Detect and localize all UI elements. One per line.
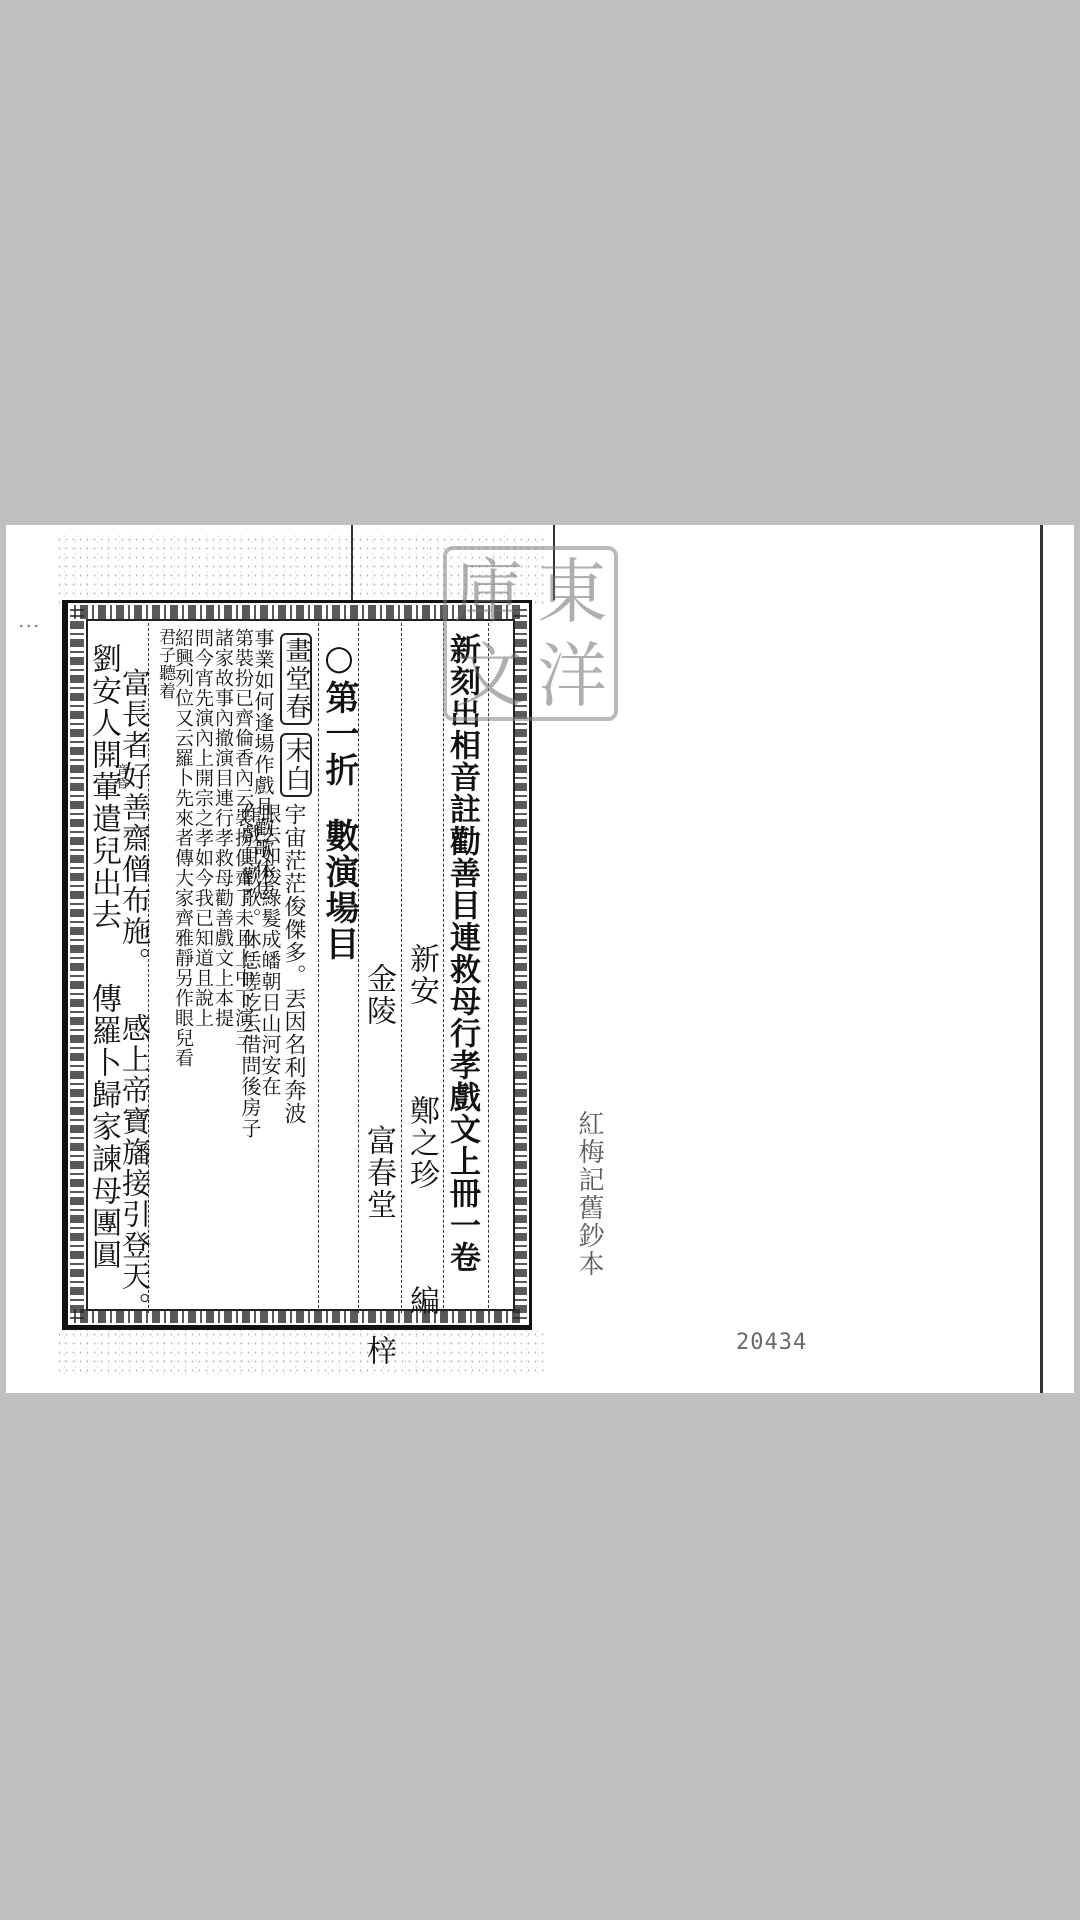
library-seal: 庫 東 文 洋 [443, 546, 618, 721]
verse-line-2: 感上帝寶旛接引登天。 [120, 1013, 149, 1323]
publisher-place: 金陵 [361, 963, 396, 1027]
text-column-4: 事業如何逢場作戲且歡歌休恁 [253, 628, 273, 901]
verse-line-1: 富長者好善齋僧布施。 [120, 668, 149, 978]
column-rule [488, 623, 489, 1313]
seal-char: 文 [447, 634, 531, 718]
scanned-page: ⋮ 新刻出相音註勸善目連救母行孝戲文上冊一卷 新安 鄭之珍 編 金陵 富春堂 [6, 525, 1074, 1393]
text-column-1: 宇宙茫茫俊傑多。丟因名利奔波 [282, 803, 304, 1125]
verse-line-3: 劉安人開葷遣兒出去 [88, 643, 118, 931]
scene-heading: ○第一折 [322, 638, 356, 788]
author-place: 新安 [404, 943, 439, 1007]
text-column-5: 第裝扮已齊倫香內云裝扮俱齊了未且上中下演三 [233, 628, 252, 1048]
seal-char: 洋 [531, 634, 615, 718]
text-column-9: 君子聽着 [156, 628, 173, 700]
seal-char: 東 [531, 550, 615, 634]
text-column-7: 問今宵先演內上開宗之孝如今我已知道且說上 [193, 628, 212, 1028]
author-name: 鄭之珍 [404, 1095, 439, 1191]
interlinear-note: 音昏 [116, 763, 128, 791]
left-edge-bleed: ⋮ [16, 615, 41, 637]
border-meander-left [70, 609, 84, 1319]
publisher-name: 富春堂 [361, 1125, 396, 1221]
seal-char: 庫 [447, 550, 531, 634]
author-role: 編 [404, 1285, 439, 1317]
role-label: 末白 [280, 733, 312, 797]
scene-subtitle: 數演場目 [322, 818, 356, 962]
author-column: 新安 鄭之珍 編 [406, 943, 436, 1317]
column-rule [401, 623, 402, 1313]
bottom-noise [56, 1330, 546, 1375]
tune-label: 畫堂春 [280, 633, 312, 725]
text-column-6: 諸家故事內撤演目連行孝救母勸善戲文上本提 [213, 628, 232, 1028]
title-column: 新刻出相音註勸善目連救母行孝戲文上冊一卷 [446, 633, 477, 1313]
publisher-column: 金陵 富春堂 梓 [363, 963, 393, 1367]
verse-line-4: 傳羅卜歸家諫母團圓 [88, 983, 118, 1271]
handwritten-annotation: 紅梅記舊鈔本 [571, 1110, 608, 1278]
catalog-number: 20434 [736, 1330, 807, 1355]
page-gutter-line [1040, 525, 1043, 1393]
text-column-8: 紹興列位又云羅卜先來者傳大家齊雅靜另作眼兒看 [173, 628, 192, 1068]
publisher-role: 梓 [361, 1335, 396, 1367]
